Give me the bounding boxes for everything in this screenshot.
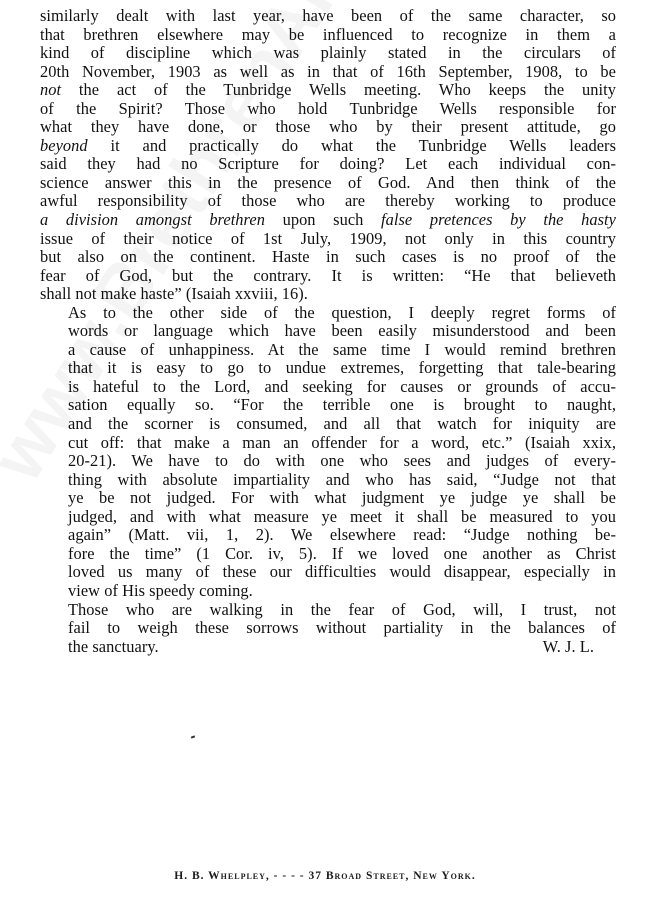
document-page: similarly dealt with last year, have bee… [40, 7, 616, 656]
text-line: a cause of unhappiness. At the same time… [40, 341, 616, 360]
publisher-name: H. B. Whelpley, [174, 870, 270, 882]
text-line-rest: the act of the Tunbridge Wells meeting. … [61, 80, 616, 99]
signature: W. J. L. [515, 638, 594, 657]
text-line: issue of their notice of 1st July, 1909,… [40, 230, 616, 249]
text-line: shall not make haste” (Isaiah xxviii, 16… [40, 285, 616, 304]
text-line-with-italic: beyond it and practically do what the Tu… [40, 137, 616, 156]
text-line-with-italic: not the act of the Tunbridge Wells meeti… [40, 81, 616, 100]
text-line-rest: it and practically do what the Tunbridge… [88, 136, 616, 155]
text-line: thing with absolute impartiality and who… [40, 471, 616, 490]
text-line: similarly dealt with last year, have bee… [40, 7, 616, 26]
text-line: awful responsibility of those who are th… [40, 192, 616, 211]
paragraph-1: similarly dealt with last year, have bee… [40, 7, 616, 304]
text-line: is hateful to the Lord, and seeking for … [40, 378, 616, 397]
text-line: judged, and with what measure ye meet it… [40, 508, 616, 527]
italic-phrase: false pretences by the hasty [381, 210, 616, 229]
text-line: loved us many of these our difficulties … [40, 563, 616, 582]
paragraph-2: As to the other side of the question, I … [40, 304, 616, 601]
text-line: fear of God, but the contrary. It is wri… [40, 267, 616, 286]
text-line: words or language which have been easily… [40, 322, 616, 341]
text-line: kind of discipline which was plainly sta… [40, 44, 616, 63]
text-line: Those who are walking in the fear of God… [40, 601, 616, 620]
italic-phrase: a division amongst brethren [40, 210, 265, 229]
footer-separator: - - - - [274, 870, 305, 882]
text-line: that brethren elsewhere may be influence… [40, 26, 616, 45]
text-line: view of His speedy coming. [40, 582, 616, 601]
text-line: and the scorner is consumed, and all tha… [40, 415, 616, 434]
closing-text: the sanctuary. [40, 638, 159, 657]
text-line: but also on the continent. Haste in such… [40, 248, 616, 267]
text-line: 20-21). We have to do with one who sees … [40, 452, 616, 471]
text-line: 20th November, 1903 as well as in that o… [40, 63, 616, 82]
print-speck [191, 735, 195, 738]
text-line: of the Spirit? Those who hold Tunbridge … [40, 100, 616, 119]
italic-not: not [40, 80, 61, 99]
publisher-address: 37 Broad Street, New York. [308, 870, 475, 882]
text-line: sation equally so. “For the terrible one… [40, 396, 616, 415]
paragraph-3: Those who are walking in the fear of God… [40, 601, 616, 657]
text-line-italic-mixed: a division amongst brethren upon such fa… [40, 211, 616, 230]
text-line: said they had no Scripture for doing? Le… [40, 155, 616, 174]
publisher-footer: H. B. Whelpley, - - - - 37 Broad Street,… [0, 870, 650, 882]
closing-line: the sanctuary. W. J. L. [40, 638, 616, 657]
text-line: science answer this in the presence of G… [40, 174, 616, 193]
text-line: again” (Matt. vii, 1, 2). We elsewhere r… [40, 526, 616, 545]
text-line: cut off: that make a man an offender for… [40, 434, 616, 453]
text-line: what they have done, or those who by the… [40, 118, 616, 137]
text-line: ye be not judged. For with what judgment… [40, 489, 616, 508]
text-line: As to the other side of the question, I … [40, 304, 616, 323]
text-line: fore the time” (1 Cor. iv, 5). If we lov… [40, 545, 616, 564]
italic-beyond: beyond [40, 136, 88, 155]
text-line: that it is easy to go to undue extremes,… [40, 359, 616, 378]
text-line: fail to weigh these sorrows without part… [40, 619, 616, 638]
